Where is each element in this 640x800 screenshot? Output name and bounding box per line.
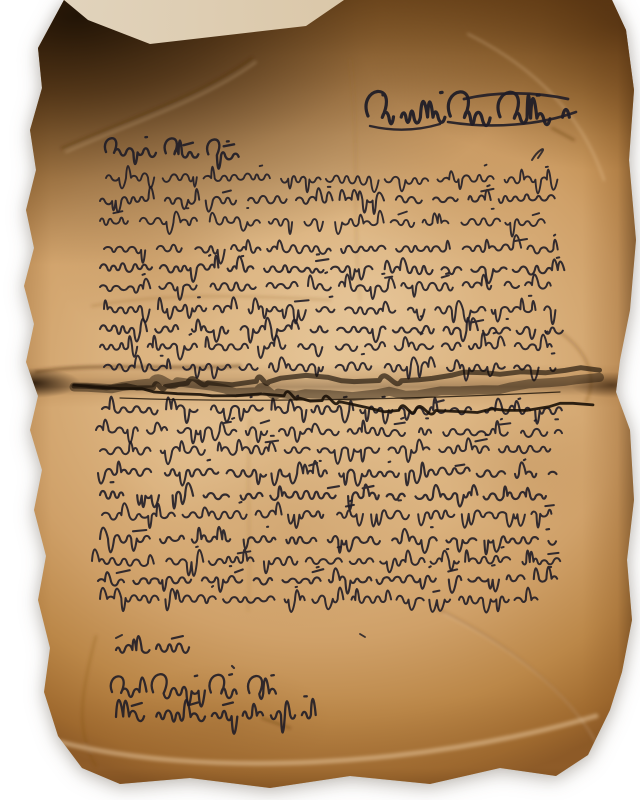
- parchment-sheet: [0, 0, 640, 800]
- photo-background: [0, 0, 640, 800]
- parchment-shadow-wrap: [0, 0, 640, 800]
- burnt-edge-vignette: [0, 0, 640, 800]
